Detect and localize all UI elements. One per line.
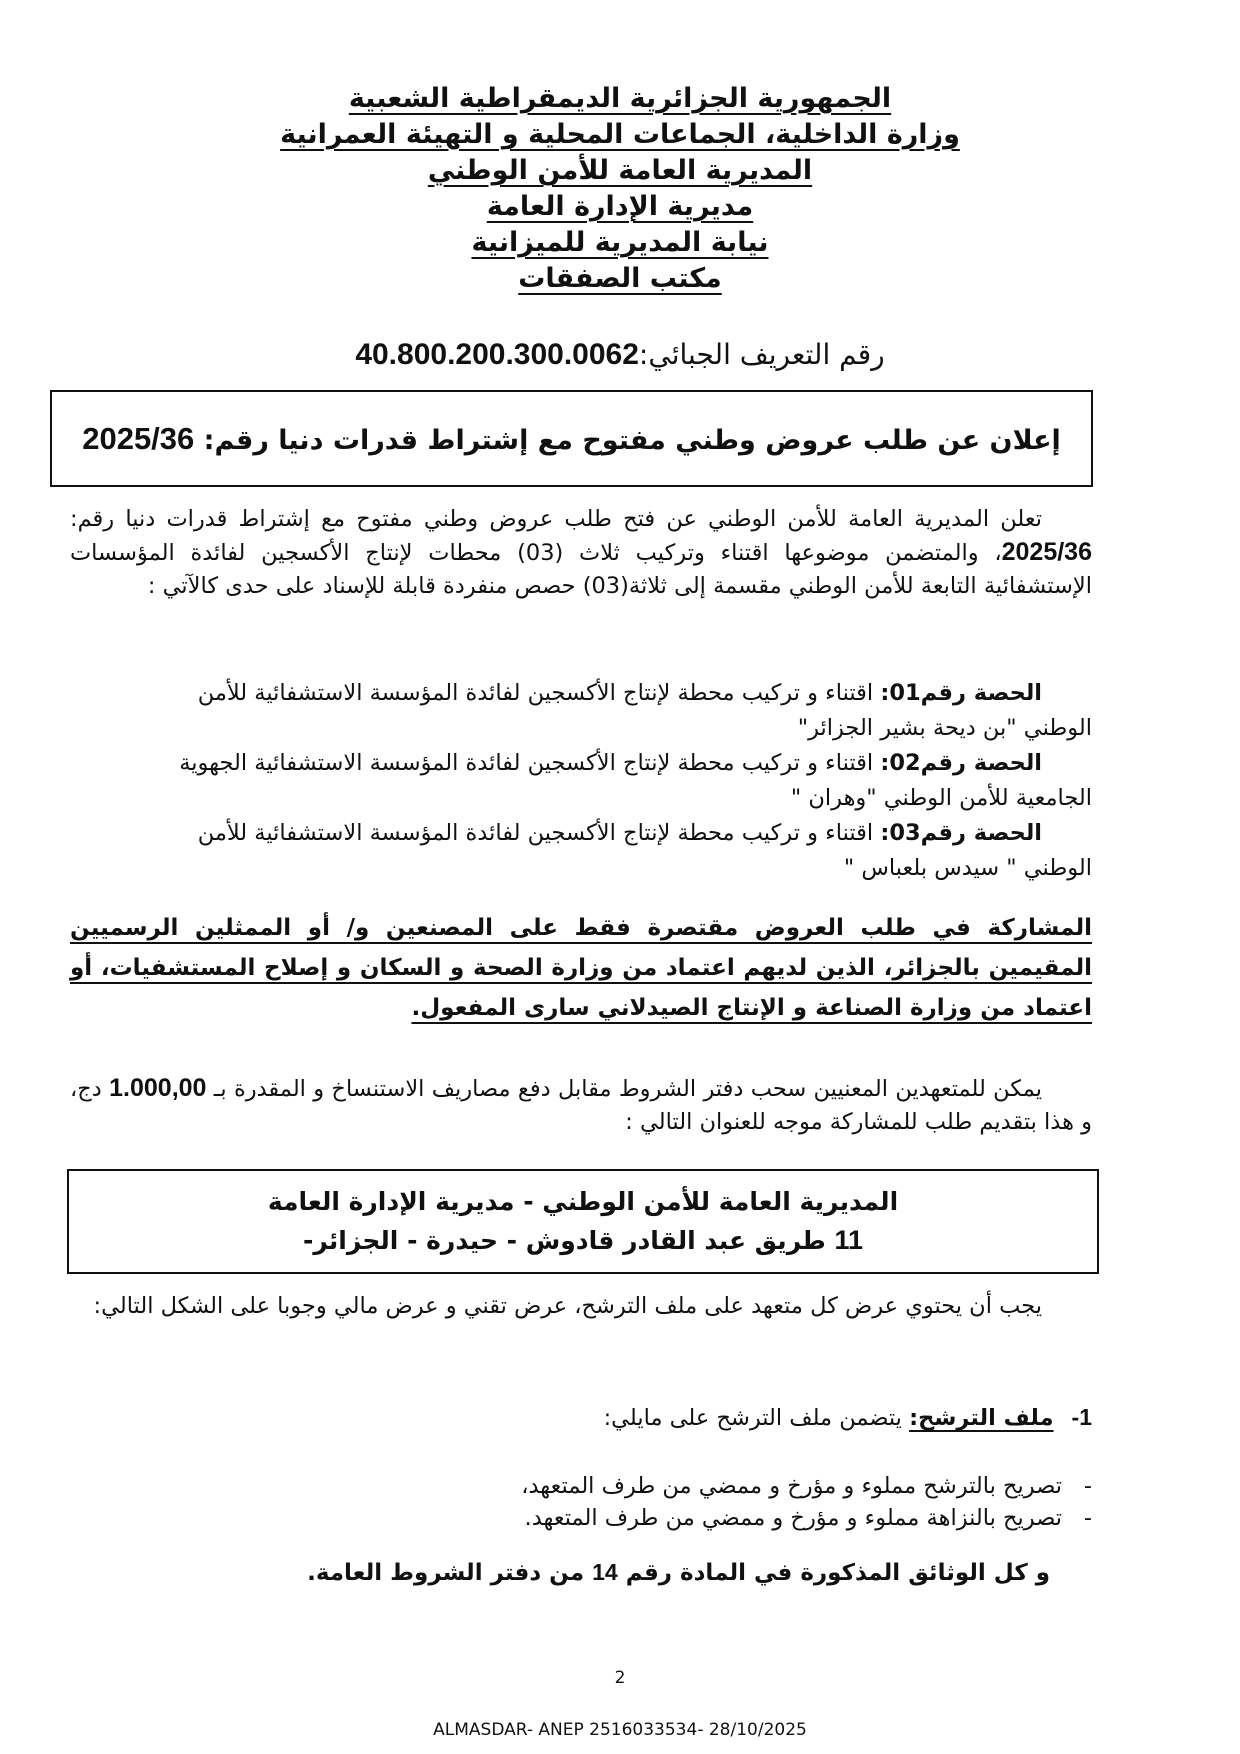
footer-reference: ALMASDAR- ANEP 2516033534- 28/10/2025	[0, 1720, 1240, 1740]
header-dgsn: المديرية العامة للأمن الوطني	[0, 156, 1240, 186]
candidacy-file-index: 1-	[1072, 1404, 1092, 1430]
intro-paragraph: تعلن المديرية العامة للأمن الوطني عن فتح…	[70, 503, 1092, 603]
candidacy-file-label: ملف الترشح:	[909, 1405, 1053, 1431]
document-page: الجمهورية الجزائرية الديمقراطية الشعبية …	[0, 0, 1240, 1754]
header-ministry: وزارة الداخلية، الجماعات المحلية و التهي…	[0, 120, 1240, 150]
lot-1: الحصة رقم01: اقتناء و تركيب محطة لإنتاج …	[70, 676, 1092, 746]
address-box: المديرية العامة للأمن الوطني - مديرية ال…	[67, 1169, 1099, 1274]
tax-id: رقم التعريف الجبائي:40.800.200.300.0062	[0, 338, 1240, 372]
closing-note: و كل الوثائق المذكورة في المادة رقم 14 م…	[307, 1555, 1050, 1590]
fee-amount: 1.000,00	[109, 1074, 206, 1102]
header-republic: الجمهورية الجزائرية الديمقراطية الشعبية	[0, 84, 1240, 114]
announcement-title: إعلان عن طلب عروض وطني مفتوح مع إشتراط ق…	[82, 421, 1061, 457]
offer-content-paragraph: يجب أن يحتوي عرض كل متعهد على ملف الترشح…	[70, 1290, 1092, 1323]
intro-tender-number: 2025/36	[1002, 538, 1092, 566]
candidacy-file-heading: 1-ملف الترشح: يتضمن ملف الترشح على مايلي…	[604, 1400, 1092, 1435]
page-number: 2	[0, 1668, 1240, 1688]
withdrawal-paragraph: يمكن للمتعهدين المعنيين سحب دفتر الشروط …	[70, 1072, 1092, 1139]
header-admin-directorate: مديرية الإدارة العامة	[0, 192, 1240, 222]
tax-id-label: رقم التعريف الجبائي:	[639, 338, 885, 371]
lot-2: الحصة رقم02: اقتناء و تركيب محطة لإنتاج …	[70, 746, 1092, 816]
list-item: -تصريح بالنزاهة مملوء و مؤرخ و ممضي من ط…	[521, 1502, 1092, 1534]
eligibility-paragraph: المشاركة في طلب العروض مقتصرة فقط على ال…	[70, 908, 1092, 1028]
lot-3-label: الحصة رقم03:	[880, 820, 1042, 846]
address-line-1: المديرية العامة للأمن الوطني - مديرية ال…	[268, 1183, 898, 1221]
tax-id-value: 40.800.200.300.0062	[355, 338, 639, 371]
candidacy-file-list: -تصريح بالترشح مملوء و مؤرخ و ممضي من طر…	[521, 1470, 1092, 1534]
lot-2-label: الحصة رقم02:	[880, 750, 1042, 776]
list-item: -تصريح بالترشح مملوء و مؤرخ و ممضي من طر…	[521, 1470, 1092, 1502]
header-budget-subdirectorate: نيابة المديرية للميزانية	[0, 228, 1240, 258]
dash-bullet-icon: -	[1062, 1470, 1092, 1502]
header-procurement-office: مكتب الصفقات	[0, 264, 1240, 294]
address-line-2: 11 طريق عبد القادر قادوش - حيدرة - الجزا…	[303, 1221, 863, 1260]
title-box: إعلان عن طلب عروض وطني مفتوح مع إشتراط ق…	[50, 390, 1093, 487]
lot-3: الحصة رقم03: اقتناء و تركيب محطة لإنتاج …	[70, 816, 1092, 886]
lot-1-label: الحصة رقم01:	[880, 680, 1042, 706]
dash-bullet-icon: -	[1062, 1502, 1092, 1534]
tender-number: 2025/36	[82, 421, 194, 456]
